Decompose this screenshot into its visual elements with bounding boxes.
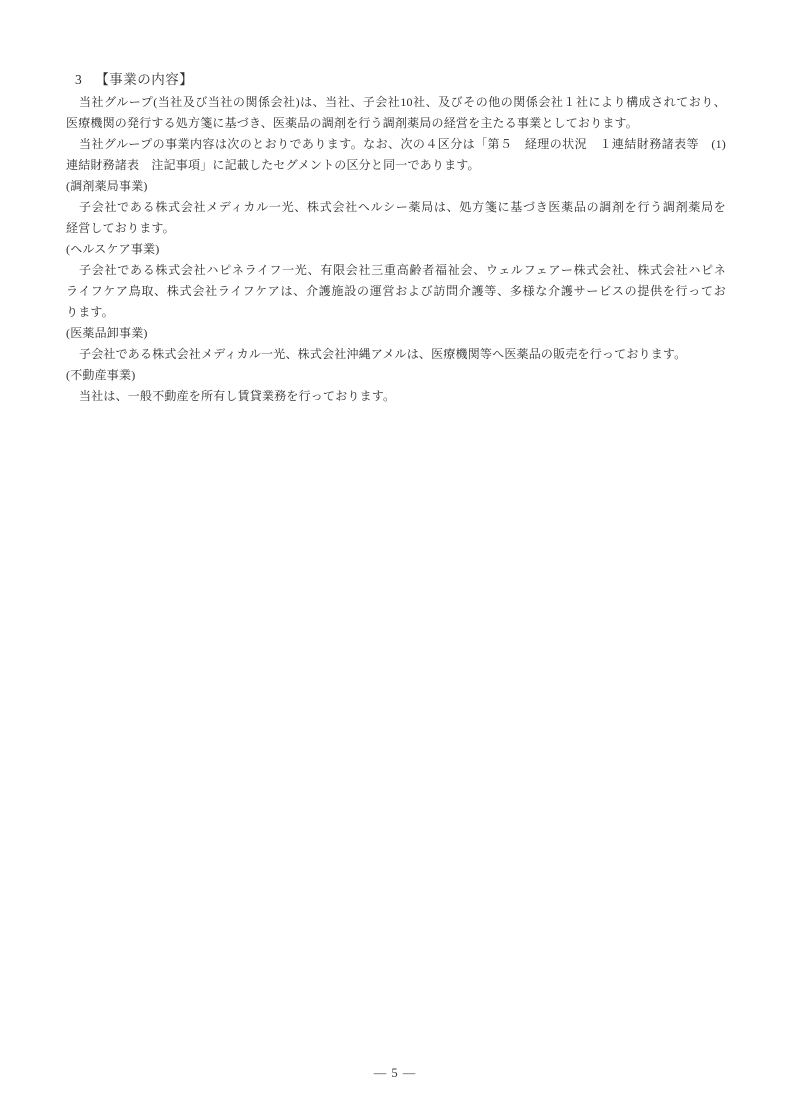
document-page: 3【事業の内容】 当社グループ(当社及び当社の関係会社)は、当社、子会社10社、… bbox=[0, 0, 790, 1118]
section-title: 【事業の内容】 bbox=[95, 72, 193, 87]
page-footer: ― 5 ― bbox=[0, 1066, 790, 1081]
text-line: 当社グループの事業内容は次のとおりであります。なお、次の４区分は「第５ 経理の状… bbox=[66, 134, 726, 155]
text-line: 子会社である株式会社メディカル一光、株式会社ヘルシー薬局は、処方箋に基づき医薬品… bbox=[66, 197, 726, 218]
section-heading: 3【事業の内容】 bbox=[75, 70, 193, 90]
text-line: 子会社である株式会社ハピネライフ一光、有限会社三重高齢者福祉会、ウェルフェアー株… bbox=[66, 260, 726, 281]
text-line: ライフケア鳥取、株式会社ライフケアは、介護施設の運営および訪問介護等、多様な介護… bbox=[66, 281, 726, 302]
text-line: (医薬品卸事業) bbox=[66, 323, 726, 344]
text-line: 子会社である株式会社メディカル一光、株式会社沖縄アメルは、医療機関等へ医薬品の販… bbox=[66, 344, 726, 365]
text-line: (不動産事業) bbox=[66, 365, 726, 386]
text-line: 経営しております。 bbox=[66, 218, 726, 239]
text-line: 医療機関の発行する処方箋に基づき、医薬品の調剤を行う調剤薬局の経営を主たる事業と… bbox=[66, 113, 726, 134]
text-line: (ヘルスケア事業) bbox=[66, 239, 726, 260]
document-body: 当社グループ(当社及び当社の関係会社)は、当社、子会社10社、及びその他の関係会… bbox=[66, 92, 726, 407]
text-line: 当社グループ(当社及び当社の関係会社)は、当社、子会社10社、及びその他の関係会… bbox=[66, 92, 726, 113]
section-number: 3 bbox=[75, 70, 82, 90]
text-line: ります。 bbox=[66, 302, 726, 323]
page-number: ― 5 ― bbox=[374, 1066, 417, 1080]
text-line: 当社は、一般不動産を所有し賃貸業務を行っております。 bbox=[66, 386, 726, 407]
text-line: (調剤薬局事業) bbox=[66, 176, 726, 197]
text-line: 連結財務諸表 注記事項」に記載したセグメントの区分と同一であります。 bbox=[66, 155, 726, 176]
